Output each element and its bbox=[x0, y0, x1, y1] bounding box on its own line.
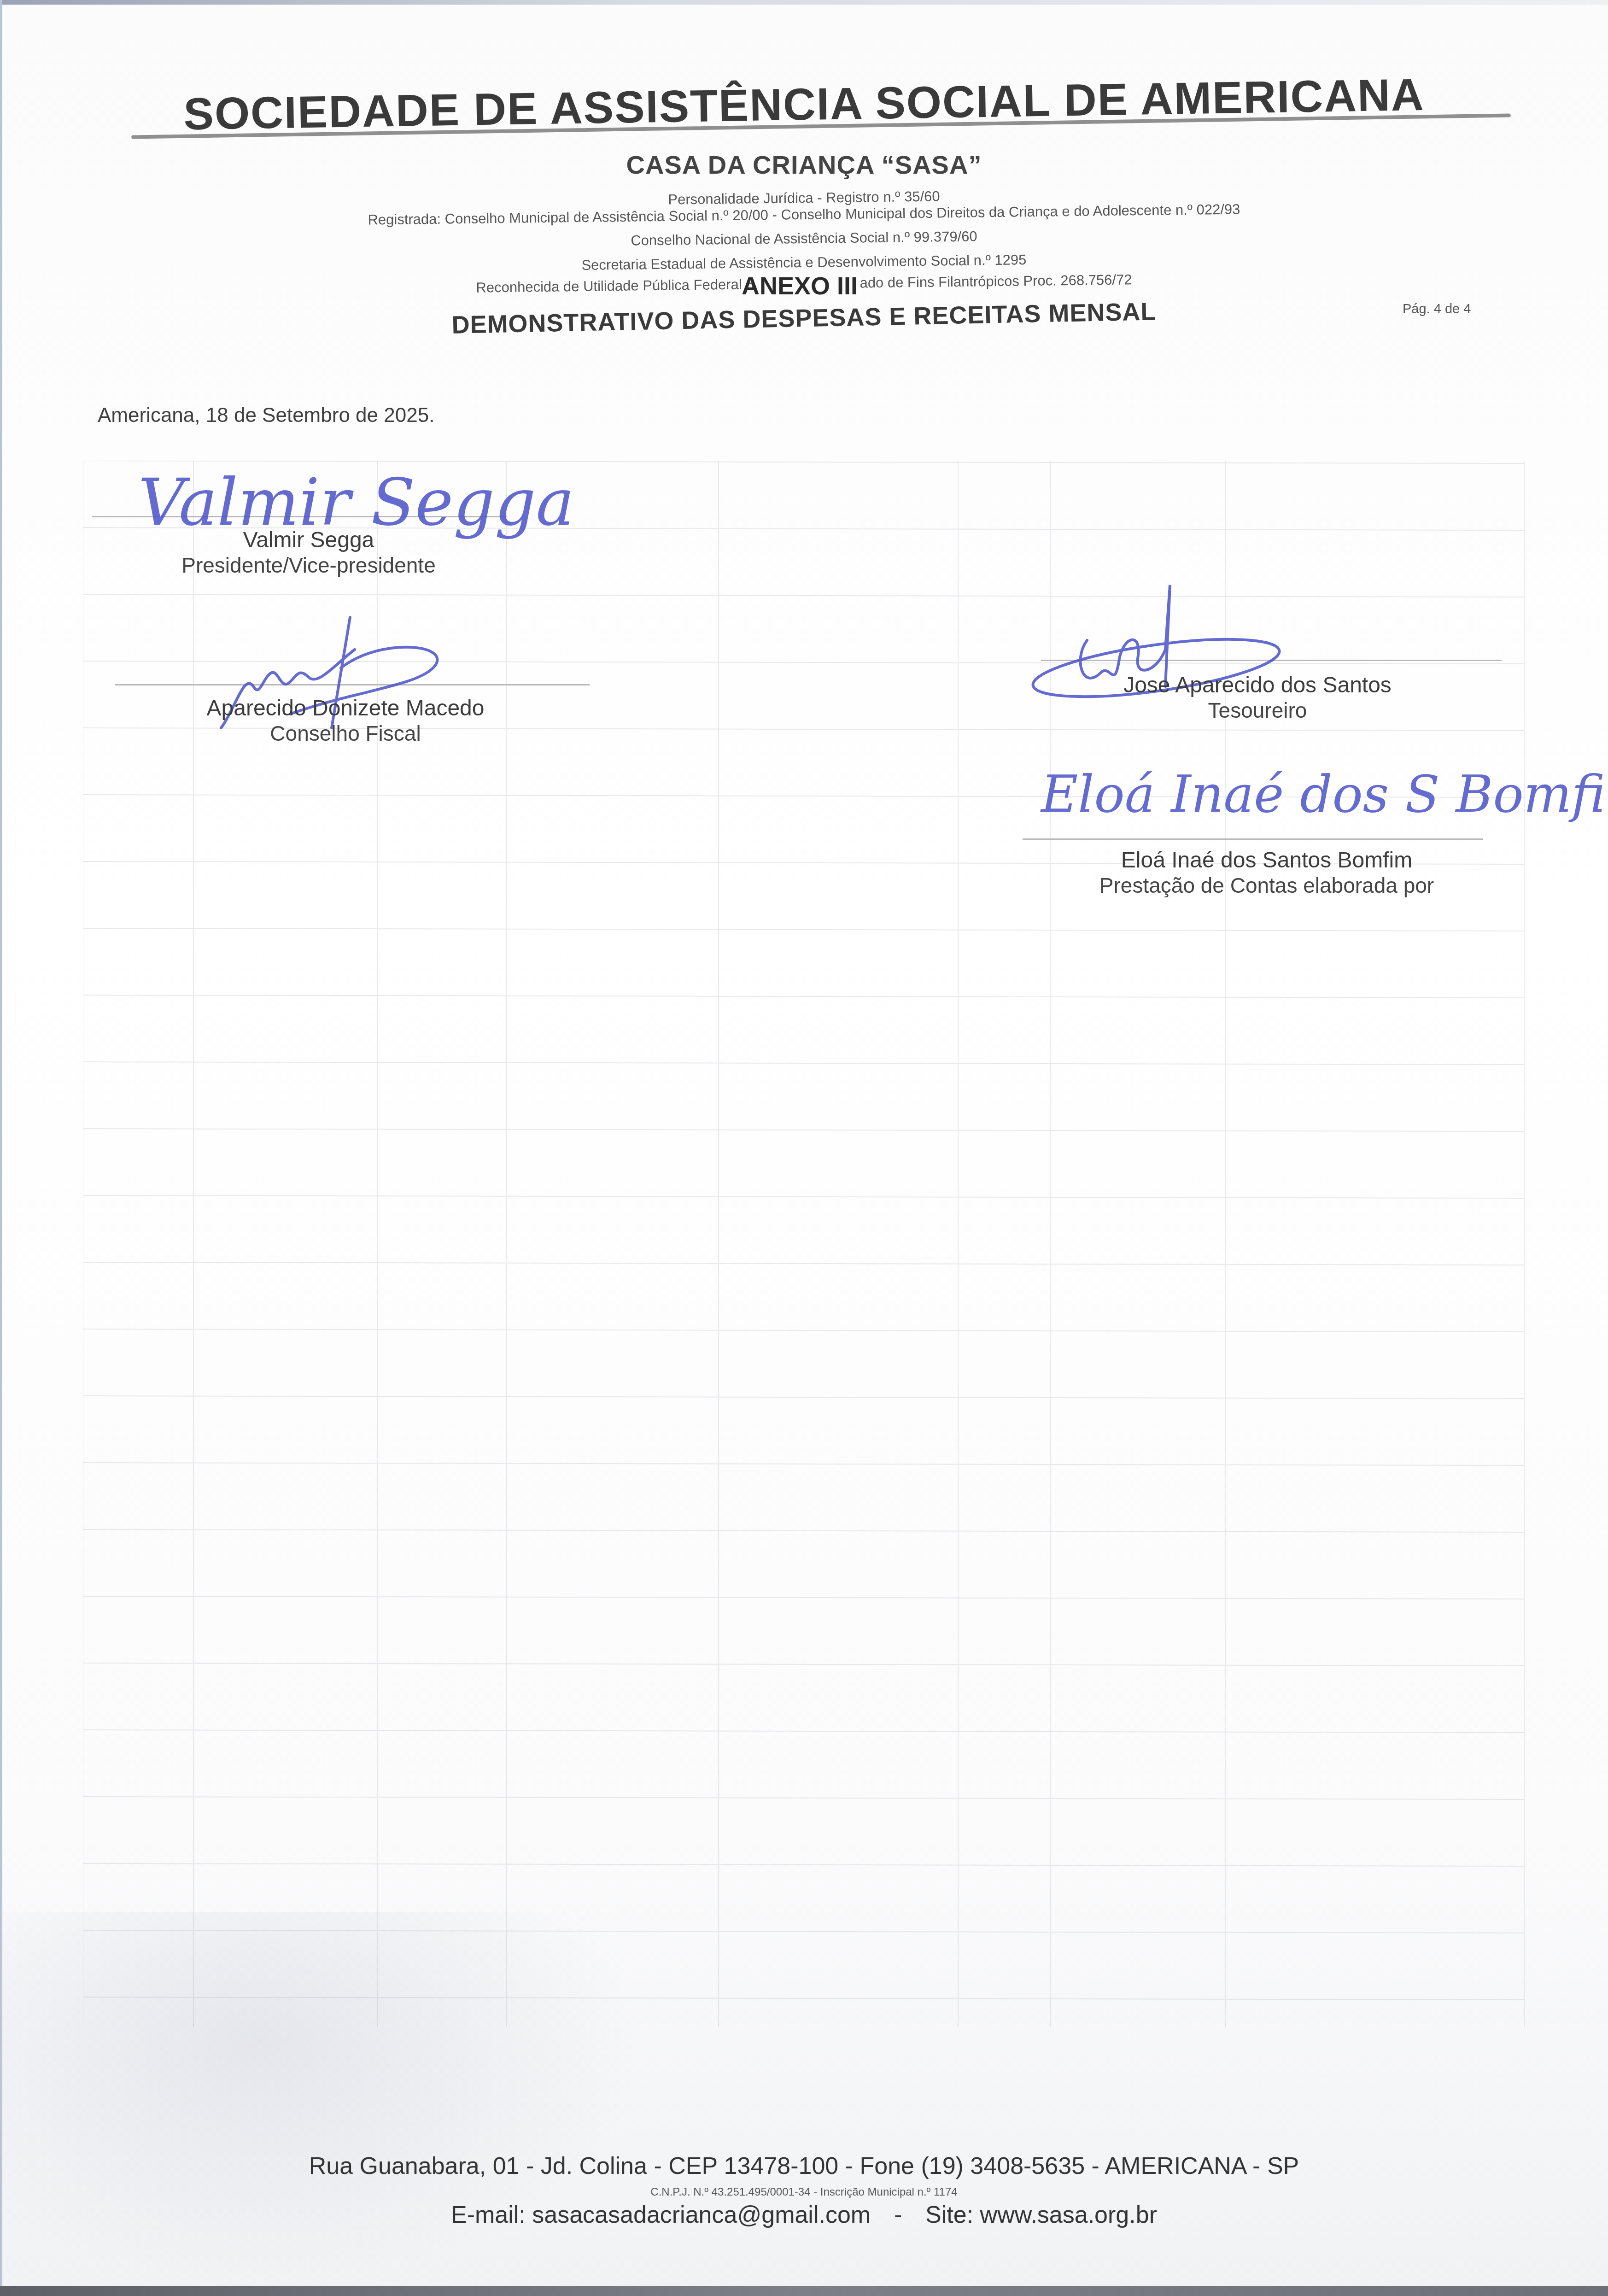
signer-name: Jose Aparecido dos Santos bbox=[1069, 673, 1446, 698]
scan-bottom-edge bbox=[0, 2286, 1608, 2296]
footer-separator: - bbox=[877, 2201, 919, 2229]
footer-cnpj: C.N.P.J. N.º 43.251.495/0001-34 - Inscri… bbox=[0, 2186, 1608, 2199]
annex-label: ANEXO III bbox=[742, 272, 858, 300]
handwritten-signature-accounts: Eloá Inaé dos S Bomfim bbox=[1041, 765, 1608, 824]
organization-name: SOCIEDADE DE ASSISTÊNCIA SOCIAL DE AMERI… bbox=[0, 66, 1608, 143]
scan-top-edge bbox=[0, 0, 1608, 5]
footer-address: Rua Guanabara, 01 - Jd. Colina - CEP 134… bbox=[0, 2152, 1608, 2180]
signer-role: Tesoureiro bbox=[1069, 698, 1446, 723]
registration-line-5b: ado de Fins Filantrópicos Proc. 268.756/… bbox=[860, 271, 1132, 291]
site-label: Site: bbox=[925, 2202, 973, 2228]
signature-block-president: Valmir Segga Presidente/Vice-presidente bbox=[138, 527, 479, 578]
signer-role: Prestação de Contas elaborada por bbox=[1059, 873, 1474, 898]
signer-role: Presidente/Vice-presidente bbox=[138, 553, 479, 578]
signer-name: Valmir Segga bbox=[138, 527, 479, 553]
date-line: Americana, 18 de Setembro de 2025. bbox=[98, 404, 434, 427]
registration-line-5a: Reconhecida de Utilidade Pública Federal… bbox=[476, 276, 754, 295]
signer-name: Aparecido Donizete Macedo bbox=[129, 696, 562, 721]
document-page: SOCIEDADE DE ASSISTÊNCIA SOCIAL DE AMERI… bbox=[0, 0, 1608, 2296]
email-label: E-mail: bbox=[451, 2202, 526, 2228]
site-link[interactable]: www.sasa.org.br bbox=[980, 2202, 1157, 2228]
footer-contact: E-mail: sasacasadacrianca@gmail.com - Si… bbox=[0, 2201, 1608, 2229]
email-link[interactable]: sasacasadacrianca@gmail.com bbox=[532, 2202, 871, 2228]
signer-role: Conselho Fiscal bbox=[129, 721, 562, 746]
signature-block-fiscal: Aparecido Donizete Macedo Conselho Fisca… bbox=[129, 696, 562, 746]
institution-subtitle: CASA DA CRIANÇA “SASA” bbox=[0, 150, 1608, 180]
scan-shadow bbox=[0, 1912, 645, 2285]
page-number: Pág. 4 de 4 bbox=[1403, 302, 1471, 317]
signature-block-treasurer: Jose Aparecido dos Santos Tesoureiro bbox=[1069, 673, 1446, 723]
signature-line-accounts bbox=[1023, 838, 1483, 840]
signature-block-accounts: Eloá Inaé dos Santos Bomfim Prestação de… bbox=[1059, 848, 1474, 898]
signer-name: Eloá Inaé dos Santos Bomfim bbox=[1059, 848, 1474, 873]
